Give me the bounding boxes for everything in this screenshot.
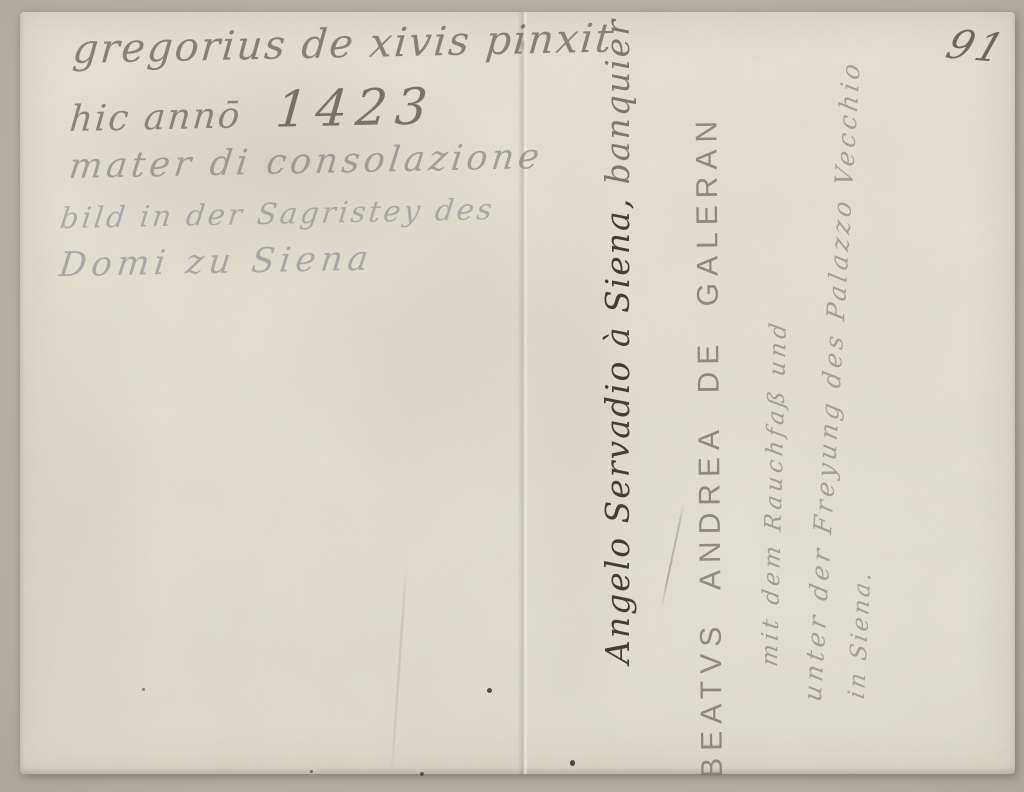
page-number: 91 <box>940 22 1012 72</box>
pencil-note-line3: in Siena. <box>844 546 878 701</box>
inscription-italian-title: mater di consolazione <box>67 137 545 187</box>
inscription-beatus-andrea: BEATVS ANDREA DE GALERAN <box>690 128 730 778</box>
inscription-german-line1: bild in der Sagristey des <box>58 192 497 235</box>
inscription-latin-line2: hic annō1423 <box>68 77 438 143</box>
ink-inscription-collector: Angelo Servadio à Siena, banquier <box>598 24 637 664</box>
paper-sheet: gregorius de xivis pinxit hic annō1423 m… <box>20 12 1015 774</box>
ink-speck <box>142 688 145 691</box>
ink-speck <box>487 688 492 693</box>
pencil-note-line1: mit dem Rauchfaß und <box>757 309 792 668</box>
center-fold-crease <box>518 12 528 774</box>
inscription-latin-line2-text: hic annō <box>68 95 243 140</box>
ink-speck <box>310 770 313 773</box>
left-page-crease <box>390 557 408 782</box>
ink-speck <box>570 760 575 766</box>
ink-inscription-suffix: banquier <box>598 18 637 197</box>
ink-speck <box>420 772 424 776</box>
scan-canvas: { "document": { "page_number": "91", "le… <box>0 0 1024 792</box>
ink-inscription-name: Angelo Servadio à Siena, <box>598 197 637 664</box>
inscription-year: 1423 <box>273 77 437 138</box>
inscription-latin-line1: gregorius de xivis pinxit <box>71 16 615 73</box>
pen-flourish-line <box>660 502 685 610</box>
inscription-german-line2: Domi zu Siena <box>57 239 375 286</box>
